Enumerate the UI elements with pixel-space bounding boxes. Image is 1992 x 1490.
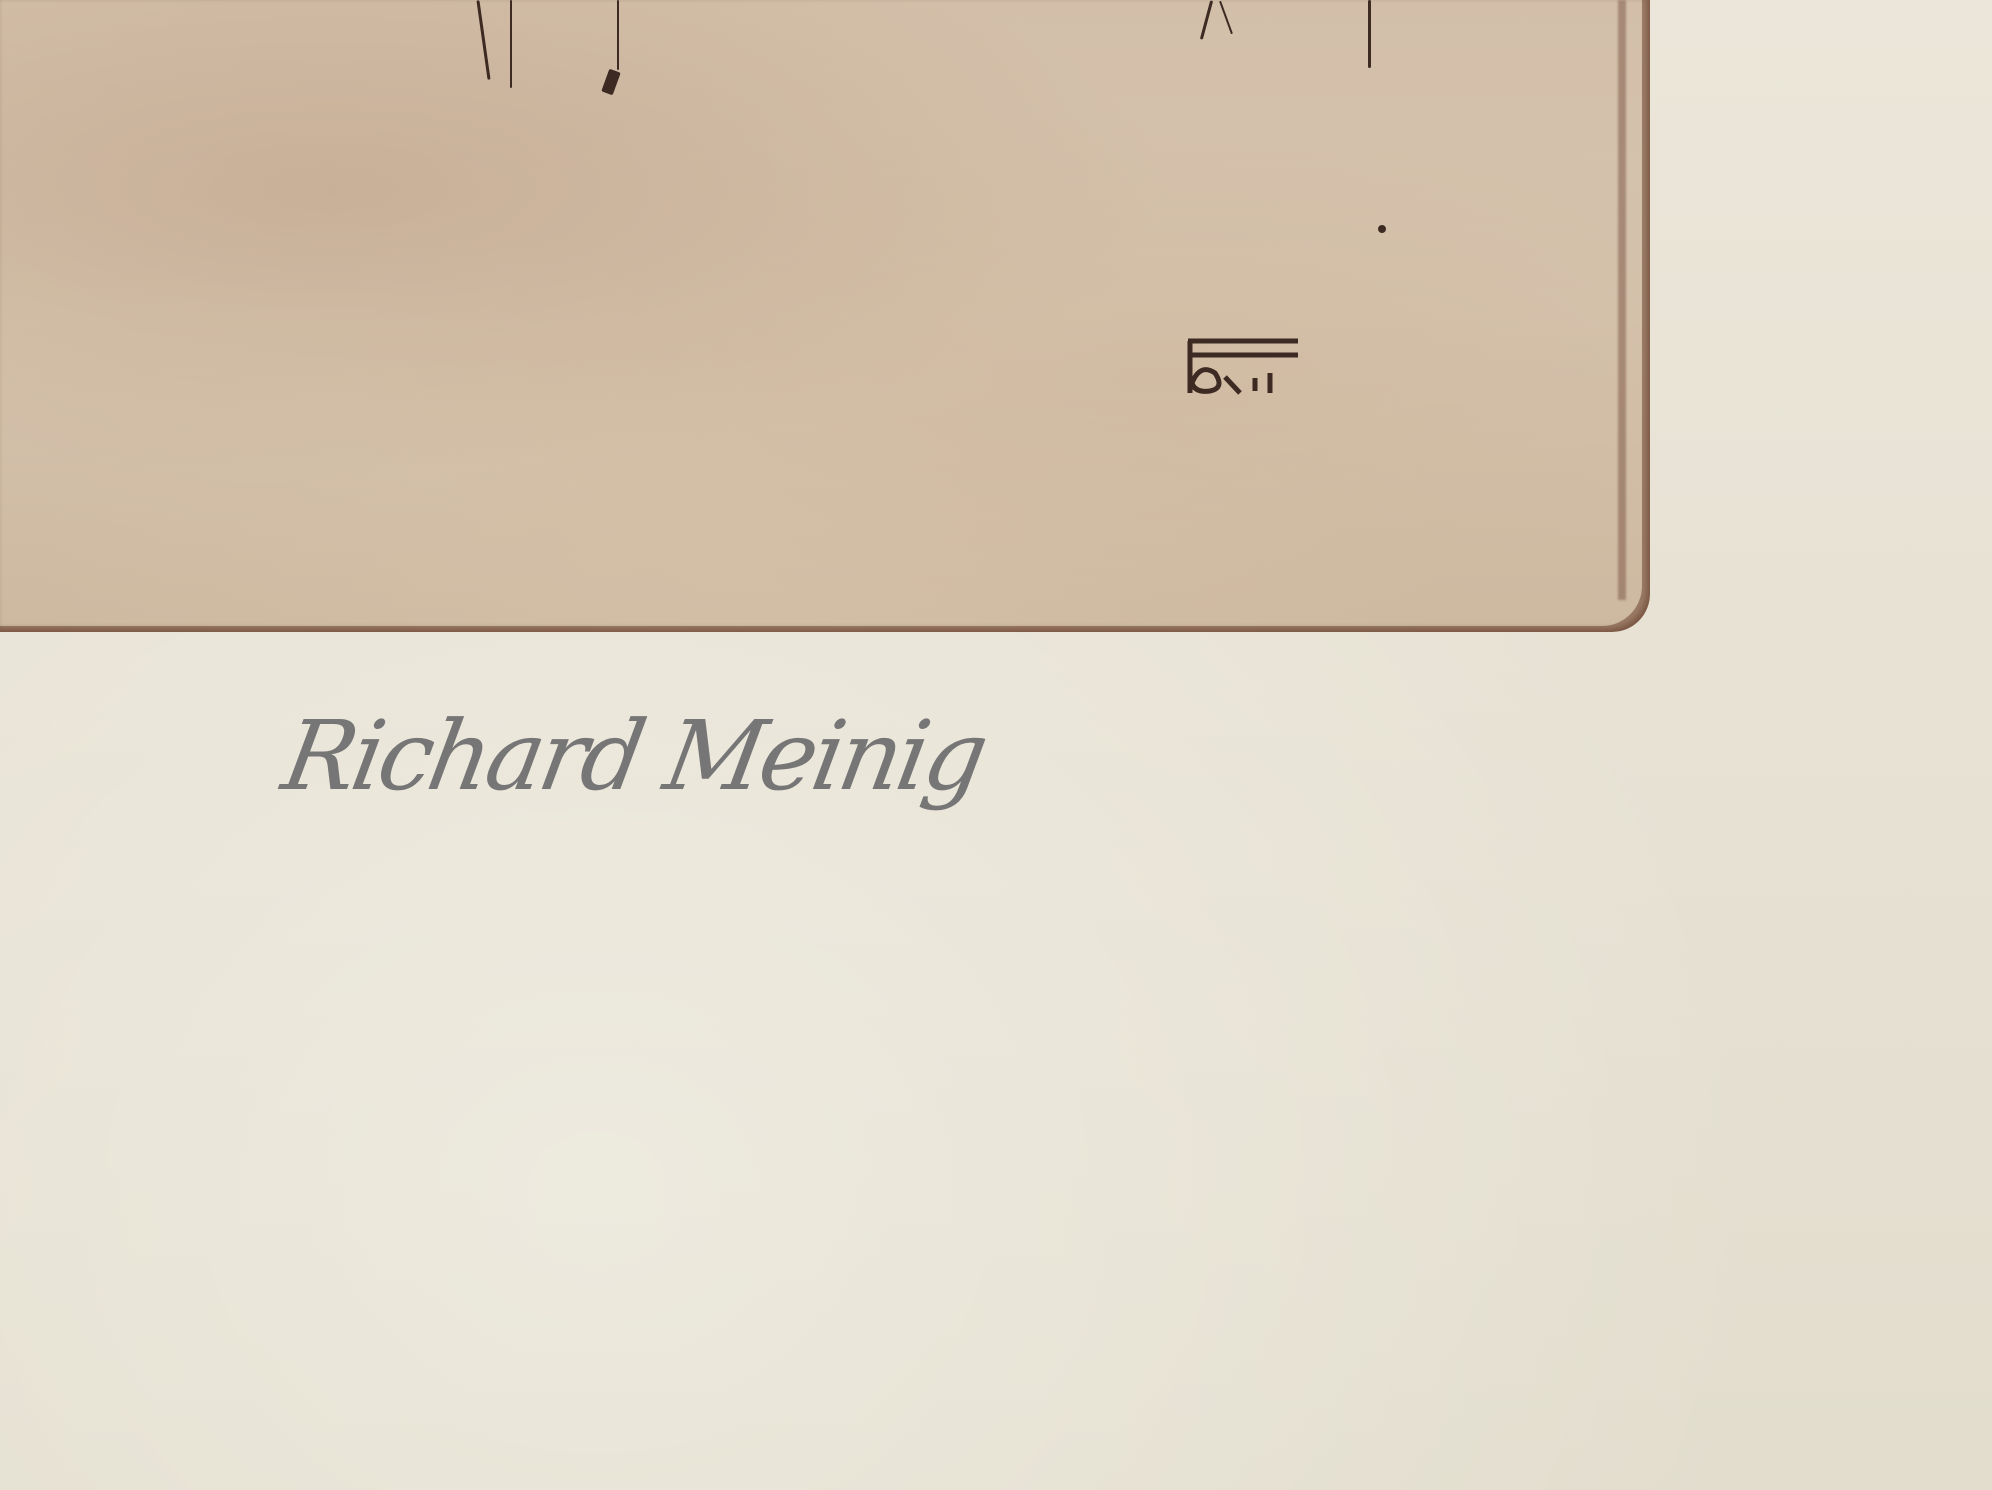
pencil-signature: Richard Meinig: [285, 680, 1245, 830]
figure-line: [476, 0, 490, 80]
plate-edge: [1618, 0, 1626, 600]
figure-line: [1368, 0, 1371, 68]
figure-line: [1200, 0, 1213, 39]
signature-text: Richard Meinig: [275, 700, 992, 812]
ink-speck: [1378, 225, 1386, 233]
figure-line: [1219, 1, 1233, 35]
figure-line: [510, 0, 512, 88]
artist-monogram: [1180, 333, 1320, 413]
figure-line: [601, 69, 620, 96]
figure-line: [617, 0, 619, 70]
etching-plate: [0, 0, 1650, 632]
